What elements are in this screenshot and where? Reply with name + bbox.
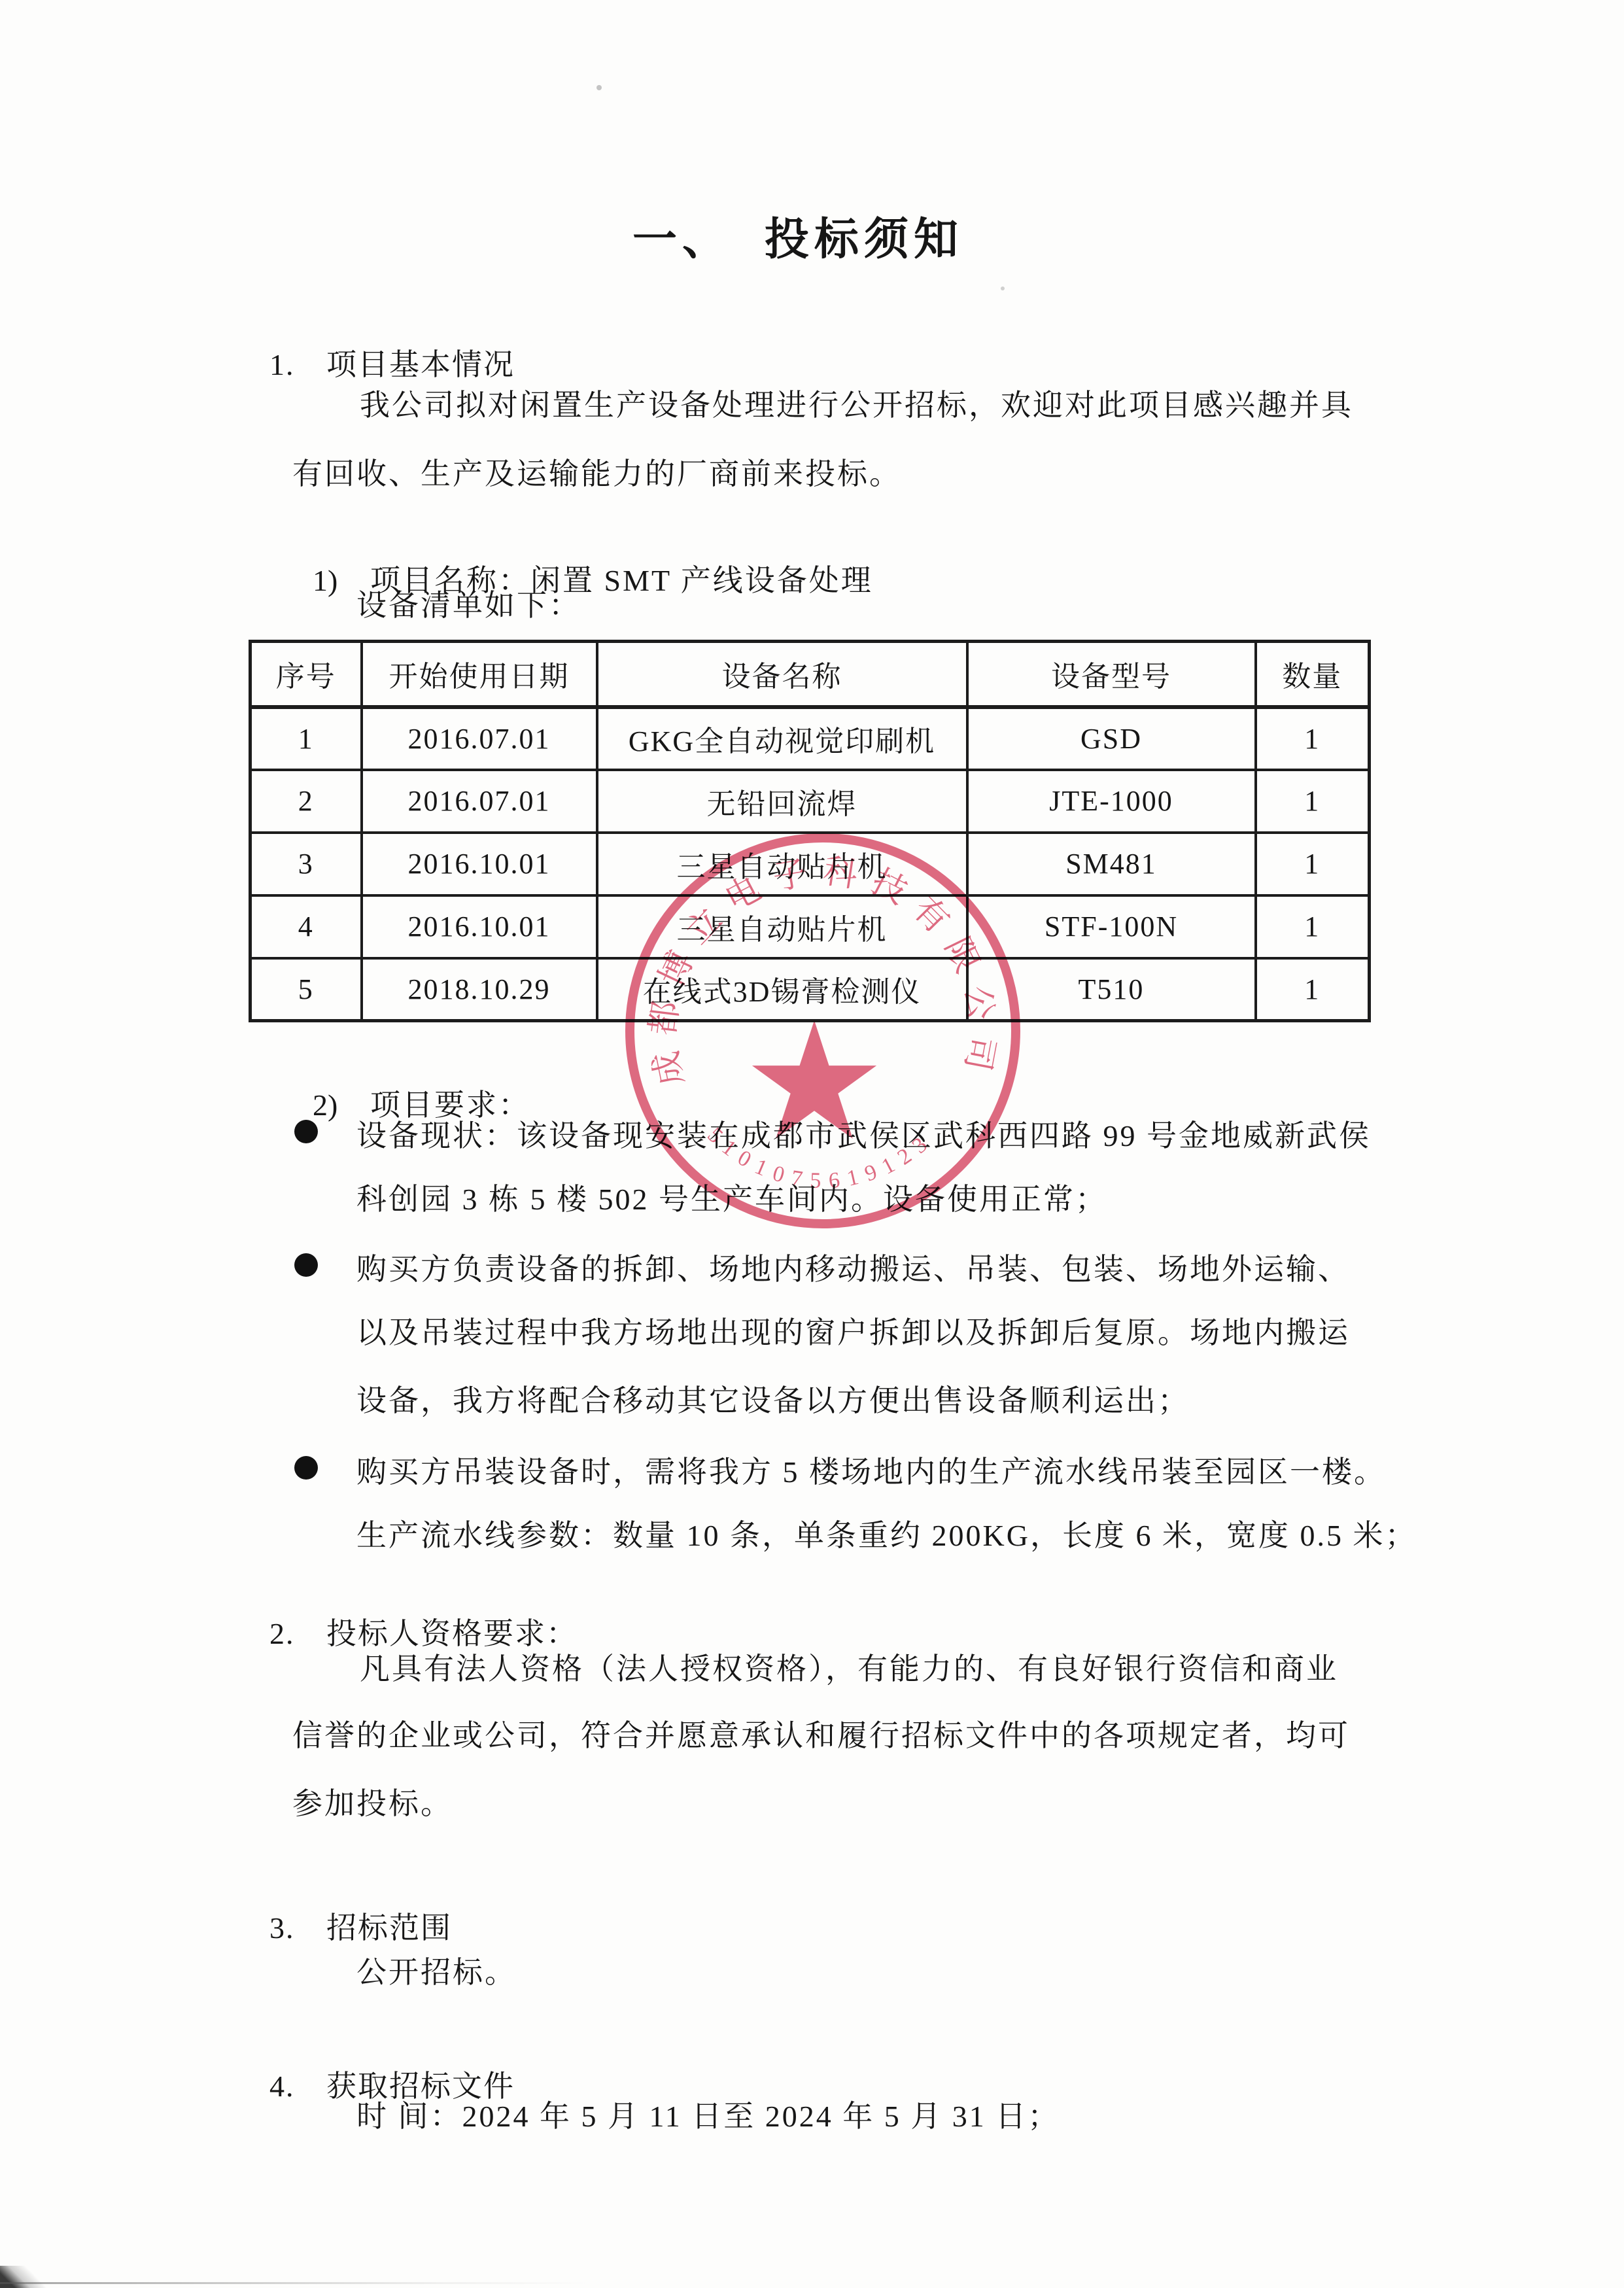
cell-date: 2016.07.01 — [362, 770, 597, 833]
bullet-2-line-3: 设备，我方将配合移动其它设备以方便出售设备顺利运出； — [356, 1381, 1190, 1421]
scan-corner-artifact — [0, 2266, 46, 2288]
equipment-list-intro: 设备清单如下： — [356, 586, 581, 625]
col-header-start-date: 开始使用日期 — [362, 642, 597, 707]
bullet-icon — [294, 1253, 318, 1277]
bullet-item: 购买方负责设备的拆卸、场地内移动搬运、吊装、包装、场地外运输、 — [294, 1245, 1350, 1289]
para-2-line-1: 凡具有法人资格（法人授权资格），有能力的、有良好银行资信和商业 — [360, 1650, 1338, 1689]
section-2-title: 投标人资格要求： — [326, 1617, 578, 1650]
cell-index: 3 — [251, 833, 362, 895]
cell-index: 5 — [251, 958, 362, 1021]
bullet-icon — [294, 1456, 318, 1480]
seal-ring — [630, 838, 1016, 1224]
cell-date: 2018.10.29 — [362, 958, 597, 1021]
section-3-number: 3. — [269, 1911, 326, 1945]
scan-edge-artifact — [0, 2282, 589, 2284]
cell-date: 2016.10.01 — [362, 833, 597, 895]
col-header-device-model: 设备型号 — [967, 642, 1256, 707]
cell-qty: 1 — [1256, 707, 1370, 770]
col-header-device-name: 设备名称 — [597, 642, 967, 707]
cell-index: 1 — [251, 707, 362, 770]
bullet-3-line-1: 购买方吊装设备时，需将我方 5 楼场地内的生产流水线吊装至园区一楼。 — [356, 1448, 1386, 1491]
cell-qty: 1 — [1256, 833, 1370, 895]
company-seal: 成都博立电子科技有限公司 5101075619123 — [621, 829, 1024, 1232]
bullet-2-line-1: 购买方负责设备的拆卸、场地内移动搬运、吊装、包装、场地外运输、 — [356, 1245, 1350, 1289]
cell-model: GSD — [967, 707, 1256, 770]
scan-speck — [596, 85, 602, 90]
section-1-number: 1. — [269, 347, 326, 382]
cell-name: 无铅回流焊 — [597, 770, 967, 833]
table-row: 2 2016.07.01 无铅回流焊 JTE-1000 1 — [251, 770, 1370, 833]
cell-model: JTE-1000 — [967, 770, 1256, 833]
page-title: 一、 投标须知 — [0, 204, 1596, 268]
cell-index: 2 — [251, 770, 362, 833]
table-row: 1 2016.07.01 GKG全自动视觉印刷机 GSD 1 — [251, 707, 1370, 770]
cell-qty: 1 — [1256, 895, 1370, 958]
seal-star-icon — [752, 1020, 876, 1139]
cell-index: 4 — [251, 895, 362, 958]
intro-line-2: 有回收、生产及运输能力的厂商前来投标。 — [292, 455, 901, 494]
svg-text:5101075619123: 5101075619123 — [702, 1123, 938, 1193]
col-header-index: 序号 — [251, 642, 362, 707]
intro-line-1: 我公司拟对闲置生产设备处理进行公开招标，欢迎对此项目感兴趣并具 — [360, 386, 1353, 425]
bullet-3-line-2: 生产流水线参数：数量 10 条，单条重约 200KG，长度 6 米，宽度 0.5… — [356, 1516, 1417, 1555]
section-4-body: 时 间：2024 年 5 月 11 日至 2024 年 5 月 31 日； — [356, 2097, 1060, 2136]
section-3-title: 招标范围 — [326, 1911, 452, 1945]
cell-qty: 1 — [1256, 958, 1370, 1021]
section-1-title: 项目基本情况 — [326, 348, 515, 381]
bullet-2-line-2: 以及吊装过程中我方场地出现的窗户拆卸以及拆卸后复原。场地内搬运 — [356, 1313, 1350, 1353]
cell-date: 2016.10.01 — [362, 895, 597, 958]
bullet-icon — [294, 1120, 318, 1143]
cell-date: 2016.07.01 — [362, 707, 597, 770]
cell-qty: 1 — [1256, 770, 1370, 833]
seal-number-text: 5101075619123 — [702, 1123, 938, 1193]
cell-name: GKG全自动视觉印刷机 — [597, 707, 967, 770]
section-2-number: 2. — [269, 1616, 326, 1651]
scan-speck — [1001, 286, 1005, 290]
document-page: 一、 投标须知 1.项目基本情况 我公司拟对闲置生产设备处理进行公开招标，欢迎对… — [0, 0, 1624, 2288]
section-4-number: 4. — [269, 2069, 326, 2104]
para-2-line-2: 信誉的企业或公司，符合并愿意承认和履行招标文件中的各项规定者，均可 — [292, 1716, 1350, 1756]
para-2-line-3: 参加投标。 — [292, 1784, 453, 1824]
table-header-row: 序号 开始使用日期 设备名称 设备型号 数量 — [251, 642, 1370, 707]
bullet-item: 购买方吊装设备时，需将我方 5 楼场地内的生产流水线吊装至园区一楼。 — [294, 1448, 1386, 1491]
section-3-body: 公开招标。 — [356, 1953, 517, 1992]
col-header-quantity: 数量 — [1256, 642, 1370, 707]
